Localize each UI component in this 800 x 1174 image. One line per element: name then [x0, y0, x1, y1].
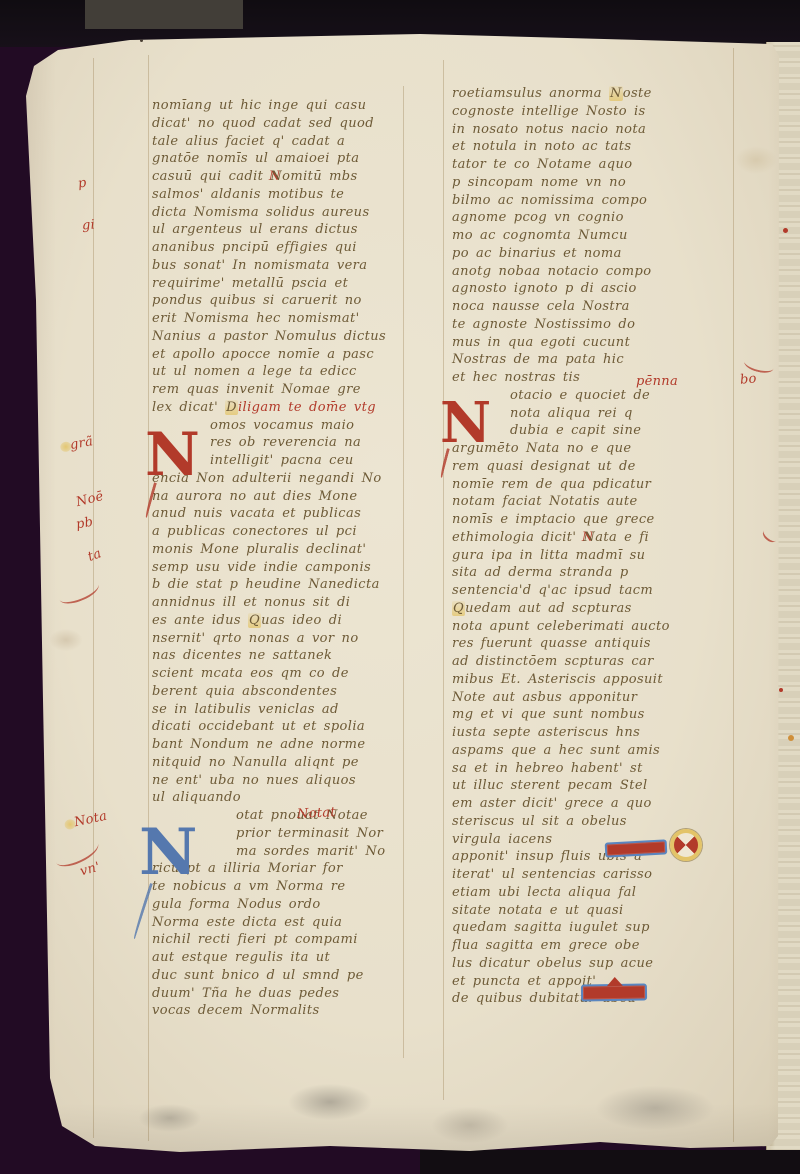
text-column-right: roetiamsulus anorma Nostecognoste intell… — [452, 85, 734, 1008]
text-line: nitquid no Nanulla aliqnt pe — [152, 754, 404, 772]
backdrop-gray-strip — [85, 0, 243, 29]
rubric-penna: pēnna — [636, 374, 678, 389]
decorated-initial-red-1: N — [145, 424, 200, 486]
text-line: Nostras de ma pata hic — [452, 351, 734, 369]
text-line: Norma este dicta est quia — [152, 914, 404, 932]
decorated-initial-blue: N — [139, 820, 198, 886]
text-line: berent quia abscondentes — [152, 683, 404, 701]
text-line: es ante idus Quas ideo di — [152, 612, 404, 630]
red-speck — [779, 688, 783, 692]
text-line: lus dicatur obelus sup acue — [452, 955, 734, 973]
text-line: bus sonat' In nomismata vera — [152, 257, 404, 275]
text-line: ul aliquando — [152, 789, 404, 807]
text-line: te agnoste Nostissimo do — [452, 316, 734, 334]
text-line: Nanius a pastor Nomulus dictus — [152, 328, 404, 346]
text-line: tator te co Notame aquo — [452, 156, 734, 174]
text-line: requirime' metallū pscia et — [152, 275, 404, 293]
text-line: na aurora no aut dies Mone — [152, 488, 404, 506]
text-line: dicati occidebant ut et spolia — [152, 718, 404, 736]
text-line: cognoste intellige Nosto is — [452, 103, 734, 121]
text-line: bant Nondum ne adne norme — [152, 736, 404, 754]
text-line: ananibus pncipū effigies qui — [152, 239, 404, 257]
text-line: rem quasi designat ut de — [452, 458, 734, 476]
obelus-point — [606, 977, 622, 986]
orange-speck — [788, 735, 794, 741]
text-line: mus in qua egoti cucunt — [452, 334, 734, 352]
initial-letter: N — [139, 815, 198, 890]
text-line: Note aut asbus apponitur — [452, 689, 734, 707]
text-line: mg et vi que sunt nombus — [452, 706, 734, 724]
text-line: argumēto Nata no e que — [452, 440, 734, 458]
text-line: po ac binarius et noma — [452, 245, 734, 263]
text-line: et hec nostras tis — [452, 369, 734, 387]
text-line: sentencia'd q'ac ipsud tacm — [452, 582, 734, 600]
text-line: iterat' ul sentencias carisso — [452, 866, 734, 884]
ruling-line — [443, 60, 444, 1100]
margin-note-pb: pb — [75, 515, 95, 533]
text-line: in nosato notus nacio nota — [452, 121, 734, 139]
text-line: gnatōe nomīs ul amaioei pta — [152, 150, 404, 168]
text-line: aut estque regulis ita ut — [152, 949, 404, 967]
text-line: rem quas invenit Nomae gre — [152, 381, 404, 399]
text-line: et notula in noto ac tats — [452, 138, 734, 156]
text-line: sa et in hebreo habent' st — [452, 760, 734, 778]
text-line: gura ipa in litta madmī su — [452, 547, 734, 565]
text-line: nas dicentes ne sattanek — [152, 647, 404, 665]
text-line: ad distinctōem scpturas car — [452, 653, 734, 671]
text-line: et apollo apocce nomīe a pasc — [152, 346, 404, 364]
text-line: mo ac cognomta Numcu — [452, 227, 734, 245]
text-line: ethimologia dicit' Nata e fi — [452, 529, 734, 547]
text-line: monis Mone pluralis declinat' — [152, 541, 404, 559]
text-line: nsernit' qrto nonas a vor no — [152, 630, 404, 648]
text-line: sitate notata e ut quasi — [452, 902, 734, 920]
text-line: bilmo ac nomissima compo — [452, 192, 734, 210]
text-line: se in latibulis veniclas ad — [152, 701, 404, 719]
red-speck — [783, 228, 788, 233]
text-line: b die stat p heudine Nanedicta — [152, 576, 404, 594]
text-line: em aster dicit' grece a quo — [452, 795, 734, 813]
text-line: duum' Tña he duas pedes — [152, 985, 404, 1003]
text-line: gula forma Nodus ordo — [152, 896, 404, 914]
text-line: ne ent' uba no nues aliquos — [152, 772, 404, 790]
text-line: mibus Et. Asteriscis apposuit — [452, 671, 734, 689]
text-line: nomīang ut hic inge qui casu — [152, 97, 404, 115]
obelus-symbol-2 — [581, 983, 647, 1001]
photo-backdrop-bottom — [420, 1150, 800, 1174]
text-line: anud nuis vacata et publicas — [152, 505, 404, 523]
text-line: lex dicat' Diligam te dom̄e vtg — [152, 399, 404, 417]
text-line: steriscus ul sit a obelus — [452, 813, 734, 831]
text-line: nota apunt celeberimati aucto — [452, 618, 734, 636]
text-line: noca nausse cela Nostra — [452, 298, 734, 316]
asteriscus-wheel — [670, 829, 702, 861]
text-line: otacio e quociet de — [452, 387, 734, 405]
text-line: sita ad derma stranda p — [452, 564, 734, 582]
text-line: res fuerunt quasse antiquis — [452, 635, 734, 653]
decorated-initial-red-2: N — [440, 394, 491, 452]
margin-note-p: p — [77, 175, 88, 191]
text-line: p sincopam nome vn no — [452, 174, 734, 192]
initial-letter: N — [145, 420, 200, 490]
text-line: vocas decem Normalits — [152, 1002, 404, 1020]
text-line: pondus quibus si caruerit no — [152, 292, 404, 310]
text-line: nichil recti fieri pt compami — [152, 931, 404, 949]
text-line: dicta Nomisma solidus aureus — [152, 204, 404, 222]
text-line: ut ul nomen a lege ta edicc — [152, 363, 404, 381]
text-line: notam faciat Notatis aute — [452, 493, 734, 511]
text-line: nomīe rem de qua pdicatur — [452, 476, 734, 494]
margin-note-gi: gi — [81, 217, 95, 233]
text-line: ut illuc sterent pecam Stel — [452, 777, 734, 795]
text-line: a publicas conectores ul pci — [152, 523, 404, 541]
text-line: semp usu vide indie camponis — [152, 559, 404, 577]
text-line: aspams que a hec sunt amis — [452, 742, 734, 760]
text-line: flua sagitta em grece obe — [452, 937, 734, 955]
margin-note-bo: bo — [739, 371, 757, 387]
manuscript-photo: nomīang ut hic inge qui casudicat' no qu… — [0, 0, 800, 1174]
text-line: quedam sagitta iugulet sup — [452, 919, 734, 937]
text-line: agnosto ignoto p di ascio — [452, 280, 734, 298]
text-line: roetiamsulus anorma Noste — [452, 85, 734, 103]
initial-letter: N — [440, 390, 491, 456]
text-line: casuū qui cadit Nomitū mbs — [152, 168, 404, 186]
text-line: nota aliqua rei q — [452, 405, 734, 423]
text-line: Quedam aut ad scpturas — [452, 600, 734, 618]
text-line: annidnus ill et nonus sit di — [152, 594, 404, 612]
text-line: ul argenteus ul erans dictus — [152, 221, 404, 239]
text-line: iusta septe asteriscus hns — [452, 724, 734, 742]
text-line: dicat' no quod cadat sed quod — [152, 115, 404, 133]
text-line: anotg nobaa notacio compo — [452, 263, 734, 281]
text-line: scient mcata eos qm co de — [152, 665, 404, 683]
text-line: agnome pcog vn cognio — [452, 209, 734, 227]
text-line: nomīs e imptacio que grece — [452, 511, 734, 529]
text-line: tale alius faciet q' cadat a — [152, 133, 404, 151]
text-line: duc sunt bnico d ul smnd pe — [152, 967, 404, 985]
text-line: dubia e capit sine — [452, 422, 734, 440]
text-line: etiam ubi lecta aliqua fal — [452, 884, 734, 902]
ruling-line — [148, 55, 149, 1141]
yellow-wash-dot — [60, 441, 73, 453]
text-line: erit Nomisma hec nomismat' — [152, 310, 404, 328]
rubric-notat: Notat — [297, 805, 337, 822]
text-line: salmos' aldanis motibus te — [152, 186, 404, 204]
